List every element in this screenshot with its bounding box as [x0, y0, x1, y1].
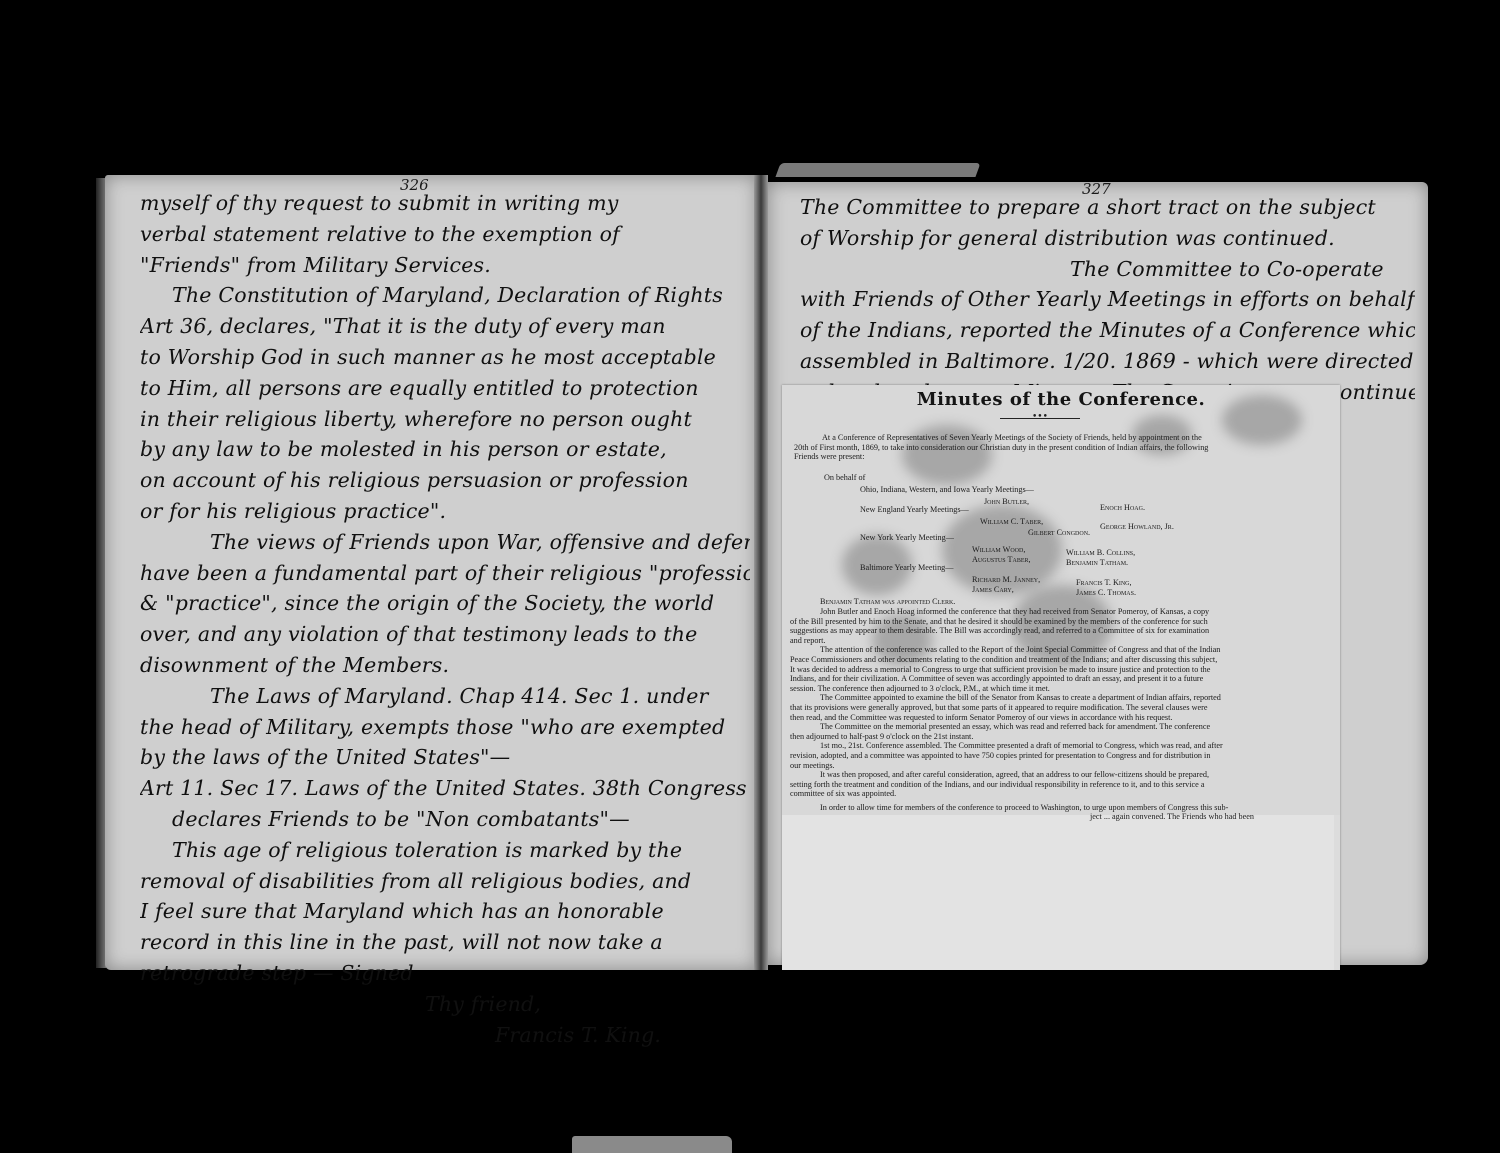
hand-line: The views of Friends upon War, offensive…	[140, 527, 750, 558]
hand-line: by the laws of the United States"—	[140, 742, 750, 773]
delegate-name: Augustus Taber,	[972, 555, 1031, 564]
hand-line: removal of disabilities from all religio…	[140, 866, 750, 897]
hand-line: have been a fundamental part of their re…	[140, 558, 750, 589]
hand-line: verbal statement relative to the exempti…	[140, 219, 750, 250]
clipping-lower-flap	[782, 815, 1334, 970]
delegate-name: Gilbert Congdon.	[1028, 528, 1090, 537]
hand-line: to Worship God in such manner as he most…	[140, 342, 750, 373]
delegate-name: James C. Thomas.	[1076, 588, 1136, 597]
hand-line: with Friends of Other Yearly Meetings in…	[800, 284, 1415, 315]
delegate-name: William Wood,	[972, 545, 1025, 554]
delegate-name: Benjamin Tatham.	[1066, 558, 1128, 567]
delegate-name: John Butler,	[984, 497, 1029, 506]
clipping-intro: At a Conference of Representatives of Se…	[794, 433, 1334, 462]
hand-line: over, and any violation of that testimon…	[140, 619, 750, 650]
delegate-name: James Cary,	[972, 585, 1014, 594]
hand-line: The Committee to Co-operate	[800, 254, 1415, 285]
hand-line: by any law to be molested in his person …	[140, 434, 750, 465]
right-page-handwriting: The Committee to prepare a short tract o…	[800, 192, 1415, 408]
title-ornament: •••	[1032, 412, 1048, 422]
hand-line: The Committee to prepare a short tract o…	[800, 192, 1415, 223]
hand-line: The Laws of Maryland. Chap 414. Sec 1. u…	[140, 681, 750, 712]
hand-line: "Friends" from Military Services.	[140, 250, 750, 281]
clipping-title: Minutes of the Conference.	[782, 389, 1340, 410]
printed-clipping: Minutes of the Conference. ••• At a Conf…	[782, 385, 1340, 970]
delegate-name: Enoch Hoag.	[1100, 503, 1145, 512]
delegation-meeting: Ohio, Indiana, Western, and Iowa Yearly …	[860, 485, 1034, 494]
hand-line: on account of his religious persuasion o…	[140, 465, 750, 496]
hand-line: retrograde step — Signed	[140, 958, 750, 989]
hand-line: of Worship for general distribution was …	[800, 223, 1415, 254]
hand-line: assembled in Baltimore. 1/20. 1869 - whi…	[800, 346, 1415, 377]
hand-line: the head of Military, exempts those "who…	[140, 712, 750, 743]
delegation-meeting: New England Yearly Meetings—	[860, 505, 969, 514]
hand-line: disownment of the Members.	[140, 650, 750, 681]
hand-line: I feel sure that Maryland which has an h…	[140, 896, 750, 927]
clerk-line: Benjamin Tatham was appointed Clerk.	[820, 597, 955, 606]
hand-line: The Constitution of Maryland, Declaratio…	[140, 280, 750, 311]
delegation-meeting: New York Yearly Meeting—	[860, 533, 954, 542]
hand-line: & "practice", since the origin of the So…	[140, 588, 750, 619]
hand-line: or for his religious practice".	[140, 496, 750, 527]
paper-tab-scrap	[775, 163, 980, 177]
hand-line: in their religious liberty, wherefore no…	[140, 404, 750, 435]
book-gutter	[754, 175, 768, 970]
paper-bottom-scrap	[572, 1136, 732, 1153]
delegate-name: George Howland, Jr.	[1100, 522, 1174, 531]
delegate-name: William B. Collins,	[1066, 548, 1135, 557]
hand-line: myself of thy request to submit in writi…	[140, 188, 750, 219]
signature-name: Francis T. King.	[140, 1020, 750, 1051]
hand-line: Art 11. Sec 17. Laws of the United State…	[140, 773, 750, 804]
hand-line: This age of religious toleration is mark…	[140, 835, 750, 866]
delegate-name: William C. Taber,	[980, 517, 1043, 526]
delegation-meeting: Baltimore Yearly Meeting—	[860, 563, 953, 572]
on-behalf-label: On behalf of	[824, 473, 865, 482]
hand-line: of the Indians, reported the Minutes of …	[800, 315, 1415, 346]
left-page-handwriting: myself of thy request to submit in writi…	[140, 188, 750, 1050]
hand-line: Art 36, declares, "That it is the duty o…	[140, 311, 750, 342]
hand-line: to Him, all persons are equally entitled…	[140, 373, 750, 404]
signature-closing: Thy friend,	[140, 989, 750, 1020]
delegate-name: Francis T. King,	[1076, 578, 1132, 587]
hand-line: declares Friends to be "Non combatants"—	[140, 804, 750, 835]
hand-line: record in this line in the past, will no…	[140, 927, 750, 958]
clipping-body: John Butler and Enoch Hoag informed the …	[790, 607, 1338, 822]
delegate-name: Richard M. Janney,	[972, 575, 1040, 584]
